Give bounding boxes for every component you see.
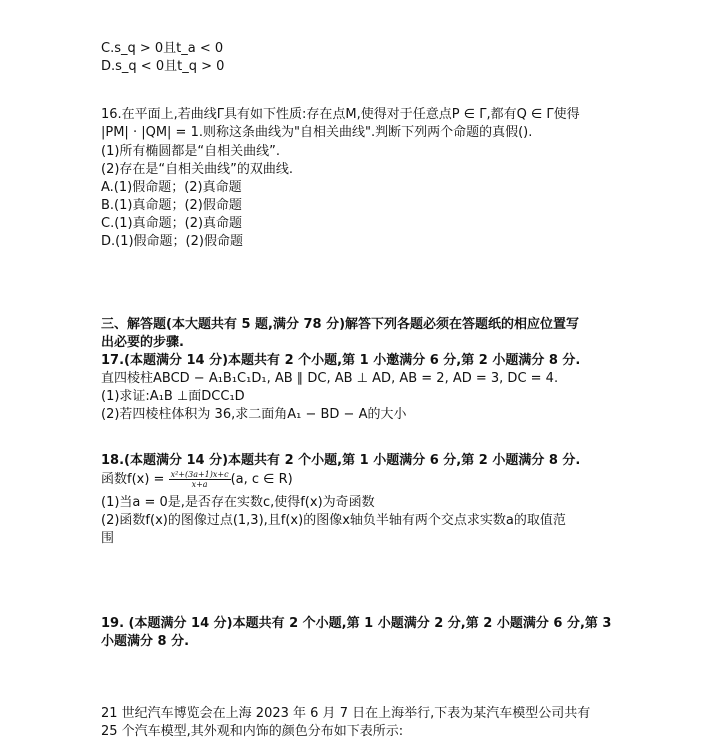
q18-part2-line1: (2)函数f(x)的图像过点(1,3),且f(x)的图像x轴负半轴有两个交点求实… <box>101 512 566 530</box>
q16-option-a: A.(1)假命题；(2)真命题 <box>101 179 242 197</box>
q16-stem-line2: |PM| · |QM| = 1.则称这条曲线为"自相关曲线".判断下列两个命题的… <box>101 124 532 142</box>
q19-header-line2: 小题满分 8 分. <box>101 633 189 651</box>
q18-func-suffix: (a, c ∈ R) <box>231 472 293 487</box>
q16-stem-line1: 16.在平面上,若曲线Γ具有如下性质:存在点M,使得对于任意点P ∈ Γ,都有Q… <box>101 106 580 124</box>
q19-header-line1: 19. (本题满分 14 分)本题共有 2 个小题,第 1 小题满分 2 分,第… <box>101 615 611 633</box>
q17-header: 17.(本题满分 14 分)本题共有 2 个小题,第 1 小邀满分 6 分,第 … <box>101 352 580 370</box>
q17-part1: (1)求证:A₁B ⊥面DCC₁D <box>101 388 245 406</box>
section3-heading-line1: 三、解答题(本大题共有 5 题,满分 78 分)解答下列各题必须在答题纸的相应位… <box>101 316 579 334</box>
q15-option-c: C.s_q > 0且t_a < 0 <box>101 40 223 58</box>
section3-heading-line2: 出必要的步骤. <box>101 334 184 352</box>
q16-prop2: (2)存在是“自相关曲线”的双曲线. <box>101 161 293 179</box>
q19-body-line1: 21 世纪汽车博览会在上海 2023 年 6 月 7 日在上海举行,下表为某汽车… <box>101 705 590 723</box>
q15-option-d: D.s_q < 0且t_q > 0 <box>101 58 224 76</box>
q18-frac-numerator: x²+(3a+1)x+c <box>169 470 231 480</box>
q18-frac-denominator: x+a <box>169 480 231 489</box>
q19-body-line2: 25 个汽车模型,其外观和内饰的颜色分布如下表所示: <box>101 723 403 741</box>
q18-function: 函数f(x) = x²+(3a+1)x+cx+a(a, c ∈ R) <box>101 470 293 489</box>
q18-fraction: x²+(3a+1)x+cx+a <box>169 470 231 489</box>
q18-header: 18.(本题满分 14 分)本题共有 2 个小题,第 1 小题满分 6 分,第 … <box>101 452 580 470</box>
q18-func-prefix: 函数f(x) = <box>101 472 169 487</box>
q18-part1: (1)当a = 0是,是否存在实数c,使得f(x)为奇函数 <box>101 494 375 512</box>
q18-part2-line2: 围 <box>101 530 114 548</box>
q16-option-c: C.(1)真命题；(2)真命题 <box>101 215 242 233</box>
q16-option-b: B.(1)真命题；(2)假命题 <box>101 197 242 215</box>
q16-option-d: D.(1)假命题；(2)假命题 <box>101 233 243 251</box>
q17-stem: 直四棱柱ABCD − A₁B₁C₁D₁, AB ∥ DC, AB ⊥ AD, A… <box>101 370 558 388</box>
q16-prop1: (1)所有椭圆都是“自相关曲线”. <box>101 143 280 161</box>
q17-part2: (2)若四棱柱体积为 36,求二面角A₁ − BD − A的大小 <box>101 406 406 424</box>
